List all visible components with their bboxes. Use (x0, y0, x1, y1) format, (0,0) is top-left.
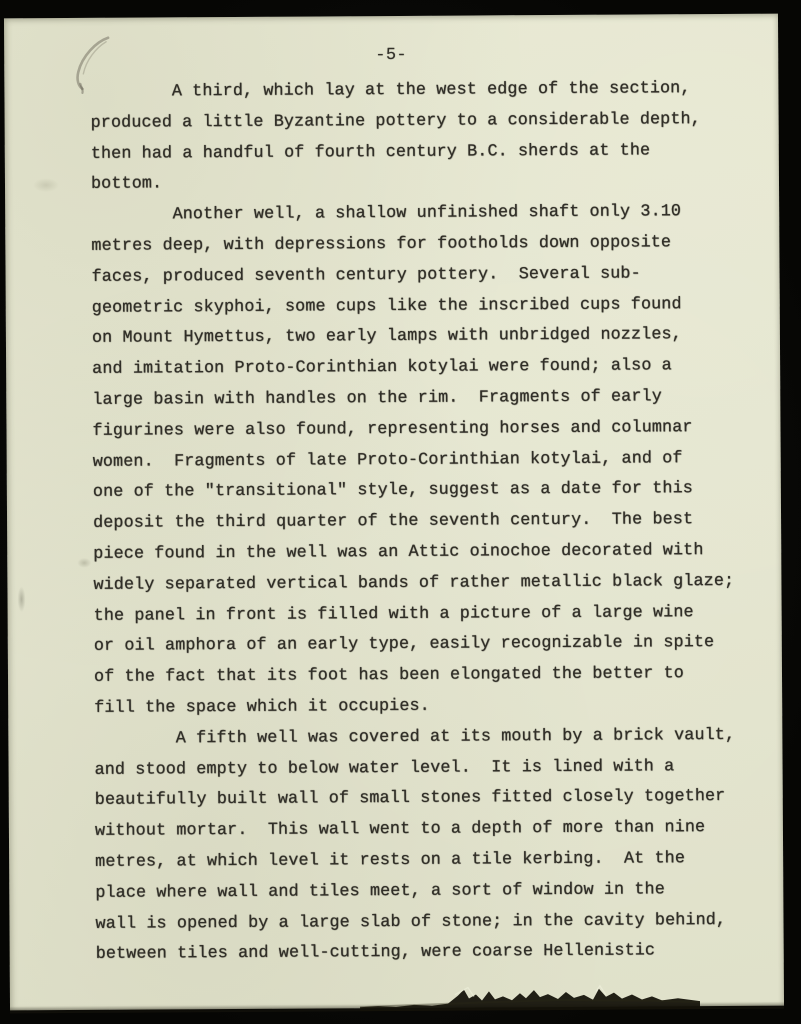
text-line: then had a handful of fourth century B.C… (91, 135, 751, 170)
text-line: of the fact that its foot has been elong… (94, 659, 754, 694)
text-line: between tiles and well-cutting, were coa… (96, 936, 756, 971)
text-line: piece found in the well was an Attic oin… (93, 536, 753, 571)
page-number: -5- (4, 44, 778, 68)
scan-background: -5- A third, which lay at the west edge … (0, 0, 801, 1024)
text-line: place where wall and tiles meet, a sort … (95, 875, 755, 910)
text-line: or oil amphora of an early type, easily … (94, 628, 754, 663)
paper-smudge (17, 586, 25, 612)
text-line: A fifth well was covered at its mouth by… (94, 721, 754, 756)
text-line: faces, produced seventh century pottery.… (91, 259, 751, 294)
text-line: figurines were also found, representing … (92, 413, 752, 448)
document-page: -5- A third, which lay at the west edge … (4, 14, 784, 1011)
text-line: women. Fragments of late Proto-Corinthia… (93, 443, 753, 478)
text-line: A third, which lay at the west edge of t… (90, 74, 750, 109)
text-line: deposit the third quarter of the seventh… (93, 505, 753, 540)
text-line: Another well, a shallow unfinished shaft… (91, 197, 751, 232)
text-line: large basin with handles on the rim. Fra… (92, 382, 752, 417)
text-line: beautifully built wall of small stones f… (95, 782, 755, 817)
paper-smudge (33, 178, 59, 192)
text-line: geometric skyphoi, some cups like the in… (92, 289, 752, 324)
text-line: one of the "transitional" style, suggest… (93, 474, 753, 509)
text-line: fill the space which it occupies. (94, 690, 754, 725)
text-line: and imitation Proto-Corinthian kotylai w… (92, 351, 752, 386)
text-line: produced a little Byzantine pottery to a… (91, 105, 751, 140)
text-line: on Mount Hymettus, two early lamps with … (92, 320, 752, 355)
text-line: metres, at which level it rests on a til… (95, 844, 755, 879)
text-line: wall is opened by a large slab of stone;… (95, 905, 755, 940)
bottom-edge-shadow (10, 1002, 784, 1014)
typescript-body: A third, which lay at the west edge of t… (90, 74, 755, 971)
text-line: metres deep, with depressions for footho… (91, 228, 751, 263)
text-line: without mortar. This wall went to a dept… (95, 813, 755, 848)
text-line: and stood empty to below water level. It… (94, 751, 754, 786)
text-line: the panel in front is filled with a pict… (94, 597, 754, 632)
text-line: bottom. (91, 166, 751, 201)
text-line: widely separated vertical bands of rathe… (93, 567, 753, 602)
paper-smudge (77, 558, 91, 568)
